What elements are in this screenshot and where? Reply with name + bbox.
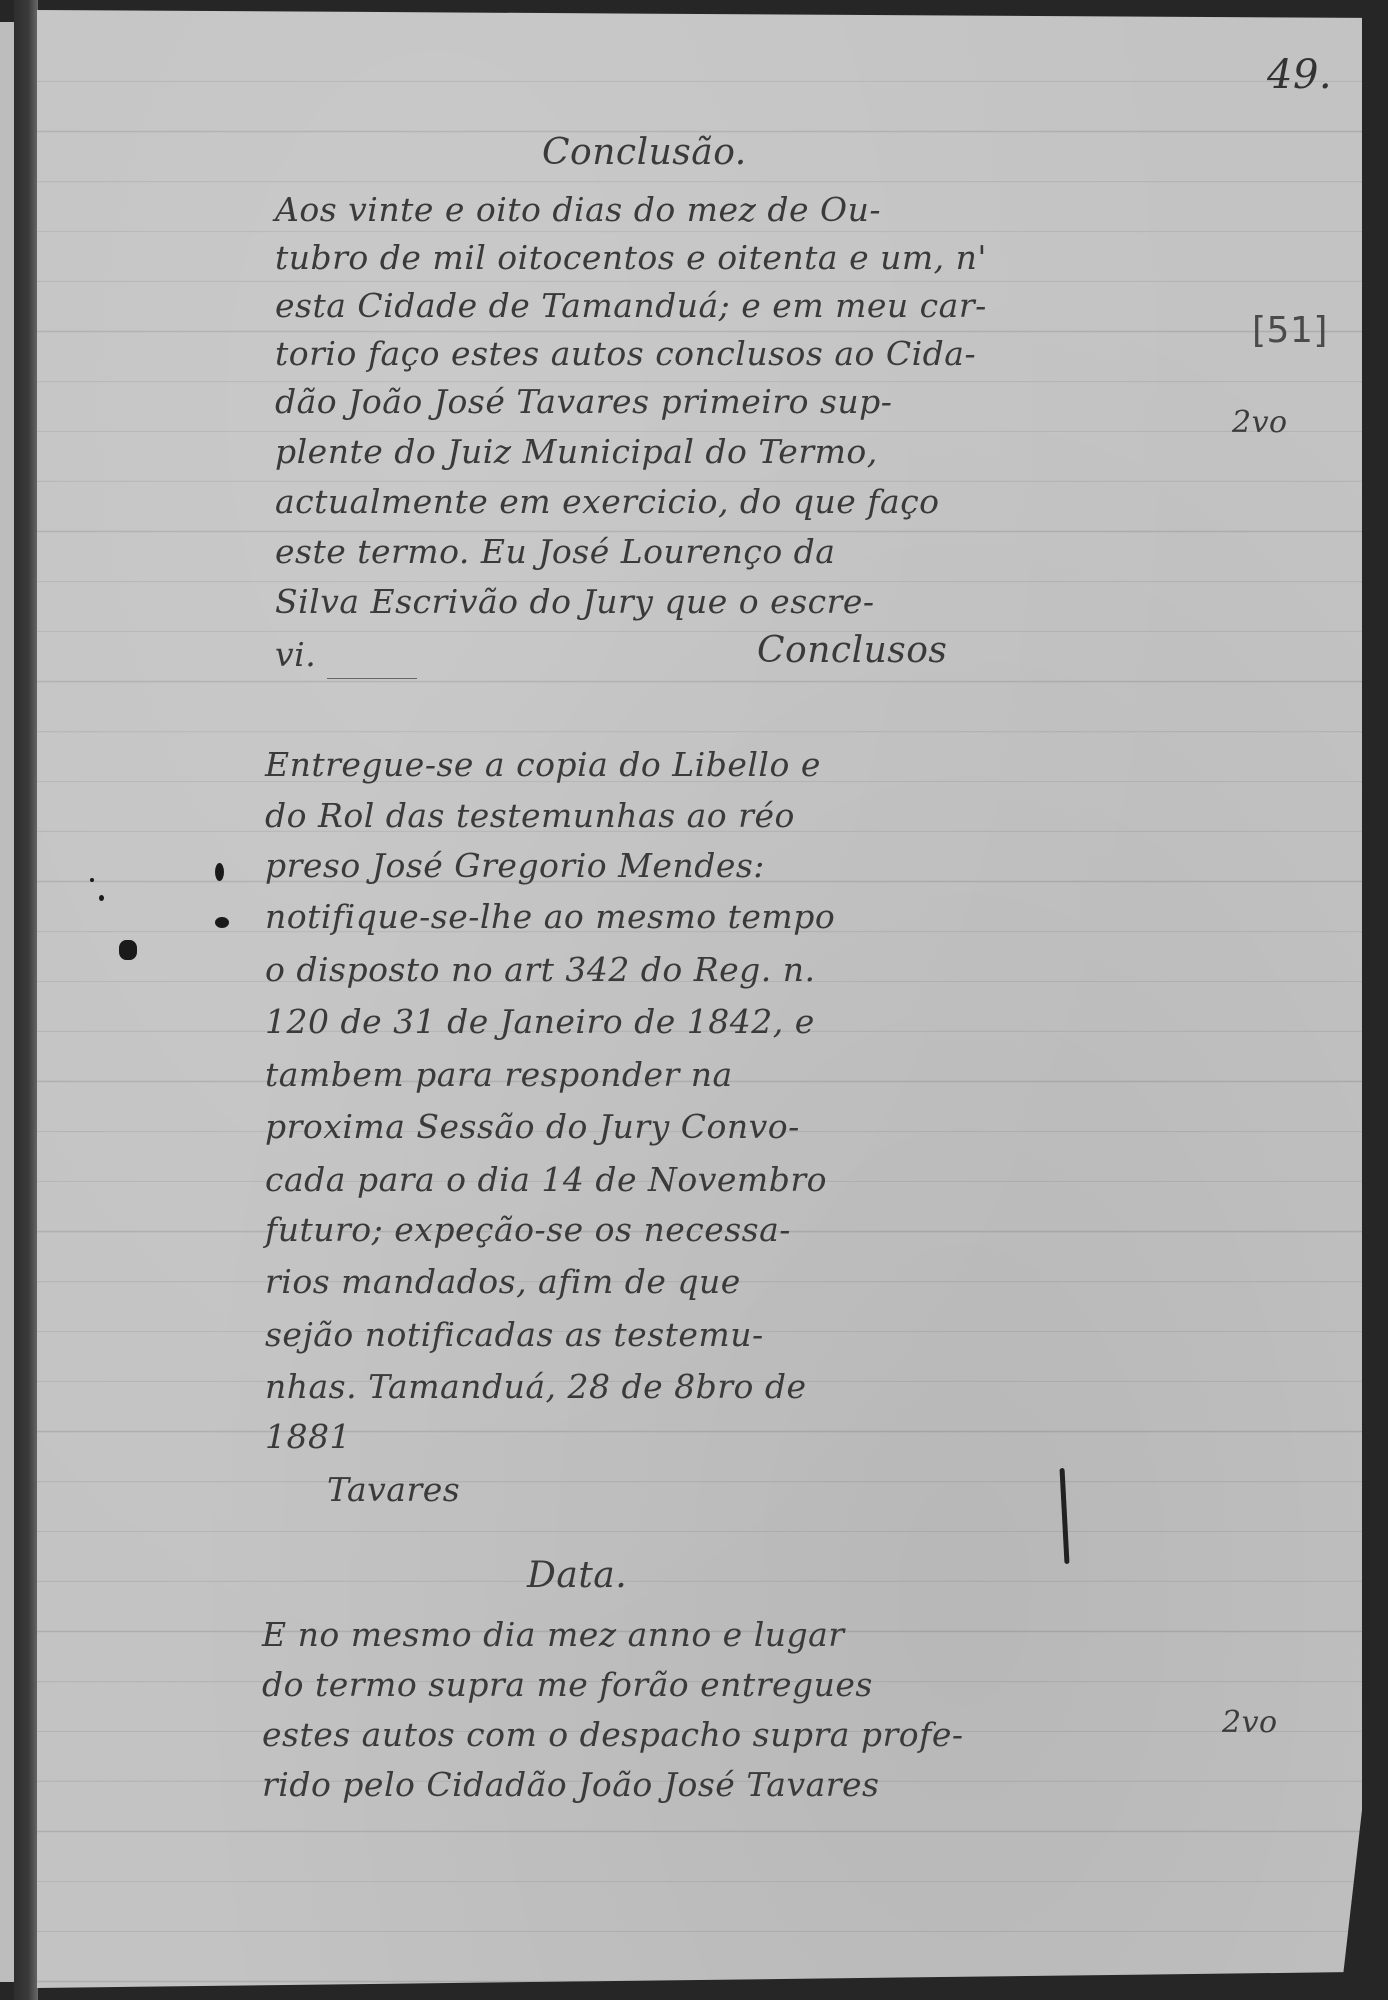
conclusao-line-3: esta Cidade de Tamanduá; e em meu car- [275, 286, 987, 325]
folio-number: 49. [1267, 52, 1332, 98]
manuscript-page: 49. [51] Conclusão. Aos vinte e oito dia… [37, 10, 1362, 1988]
ink-blot [215, 863, 224, 881]
ink-speck [90, 878, 94, 882]
despacho-line-6: 120 de 31 de Janeiro de 1842, e [265, 1002, 815, 1041]
despacho-line-2: do Rol das testemunhas ao réo [265, 796, 795, 835]
despacho-line-14: 1881 [265, 1417, 351, 1456]
data-line-4: rido pelo Cidadão João José Tavares [262, 1765, 880, 1804]
data-line-1: E no mesmo dia mez anno e lugar [262, 1615, 845, 1654]
despacho-line-8: proxima Sessão do Jury Convo- [265, 1107, 800, 1146]
despacho-line-13: nhas. Tamanduá, 28 de 8bro de [265, 1367, 807, 1406]
conclusao-line-5: dão João José Tavares primeiro sup- [275, 382, 892, 421]
vertical-ink-stroke [1059, 1468, 1069, 1564]
data-line-3: estes autos com o despacho supra profe- [262, 1715, 964, 1754]
heading-conclusao: Conclusão. [542, 132, 747, 173]
data-line-2: do termo supra me forão entregues [262, 1665, 873, 1704]
conclusao-line-2: tubro de mil oitocentos e oitenta e um, … [275, 238, 987, 277]
despacho-line-1: Entregue-se a copia do Libello e [265, 745, 821, 784]
despacho-line-9: cada para o dia 14 de Novembro [265, 1160, 827, 1199]
ink-blot [215, 917, 229, 928]
conclusao-line-9: Silva Escrivão do Jury que o escre- [275, 582, 875, 621]
despacho-line-10: futuro; expeção-se os necessa- [265, 1210, 791, 1249]
despacho-line-3: preso José Gregorio Mendes: [265, 846, 765, 885]
conclusao-line-10: vi. [275, 635, 316, 674]
despacho-line-12: sejão notificadas as testemu- [265, 1315, 764, 1354]
margin-note-upper: 2vo [1232, 405, 1288, 440]
conclusao-line-6: plente do Juiz Municipal do Termo, [275, 432, 878, 471]
adjacent-page-edge [0, 22, 14, 1982]
despacho-line-4: notifique-se-lhe ao mesmo tempo [265, 897, 835, 936]
despacho-signature: Tavares [327, 1470, 460, 1509]
despacho-line-11: rios mandados, afim de que [265, 1262, 741, 1301]
heading-data: Data. [527, 1555, 627, 1596]
despacho-line-5: o disposto no art 342 do Reg. n. [265, 950, 816, 989]
conclusao-line-4: torio faço estes autos conclusos ao Cida… [275, 334, 976, 373]
ink-speck [99, 895, 104, 901]
conclusao-line-1: Aos vinte e oito dias do mez de Ou- [275, 190, 881, 229]
archive-folio-number: [51] [1252, 310, 1328, 351]
conclusao-signature: Conclusos [757, 630, 947, 671]
margin-note-lower: 2vo [1222, 1705, 1278, 1740]
despacho-line-7: tambem para responder na [265, 1055, 733, 1094]
ink-blot [119, 940, 137, 960]
conclusao-line-7: actualmente em exercicio, do que faço [275, 482, 940, 521]
binding-gutter [14, 0, 38, 2000]
line-filler-stroke [327, 678, 417, 679]
conclusao-line-8: este termo. Eu José Lourenço da [275, 532, 835, 571]
